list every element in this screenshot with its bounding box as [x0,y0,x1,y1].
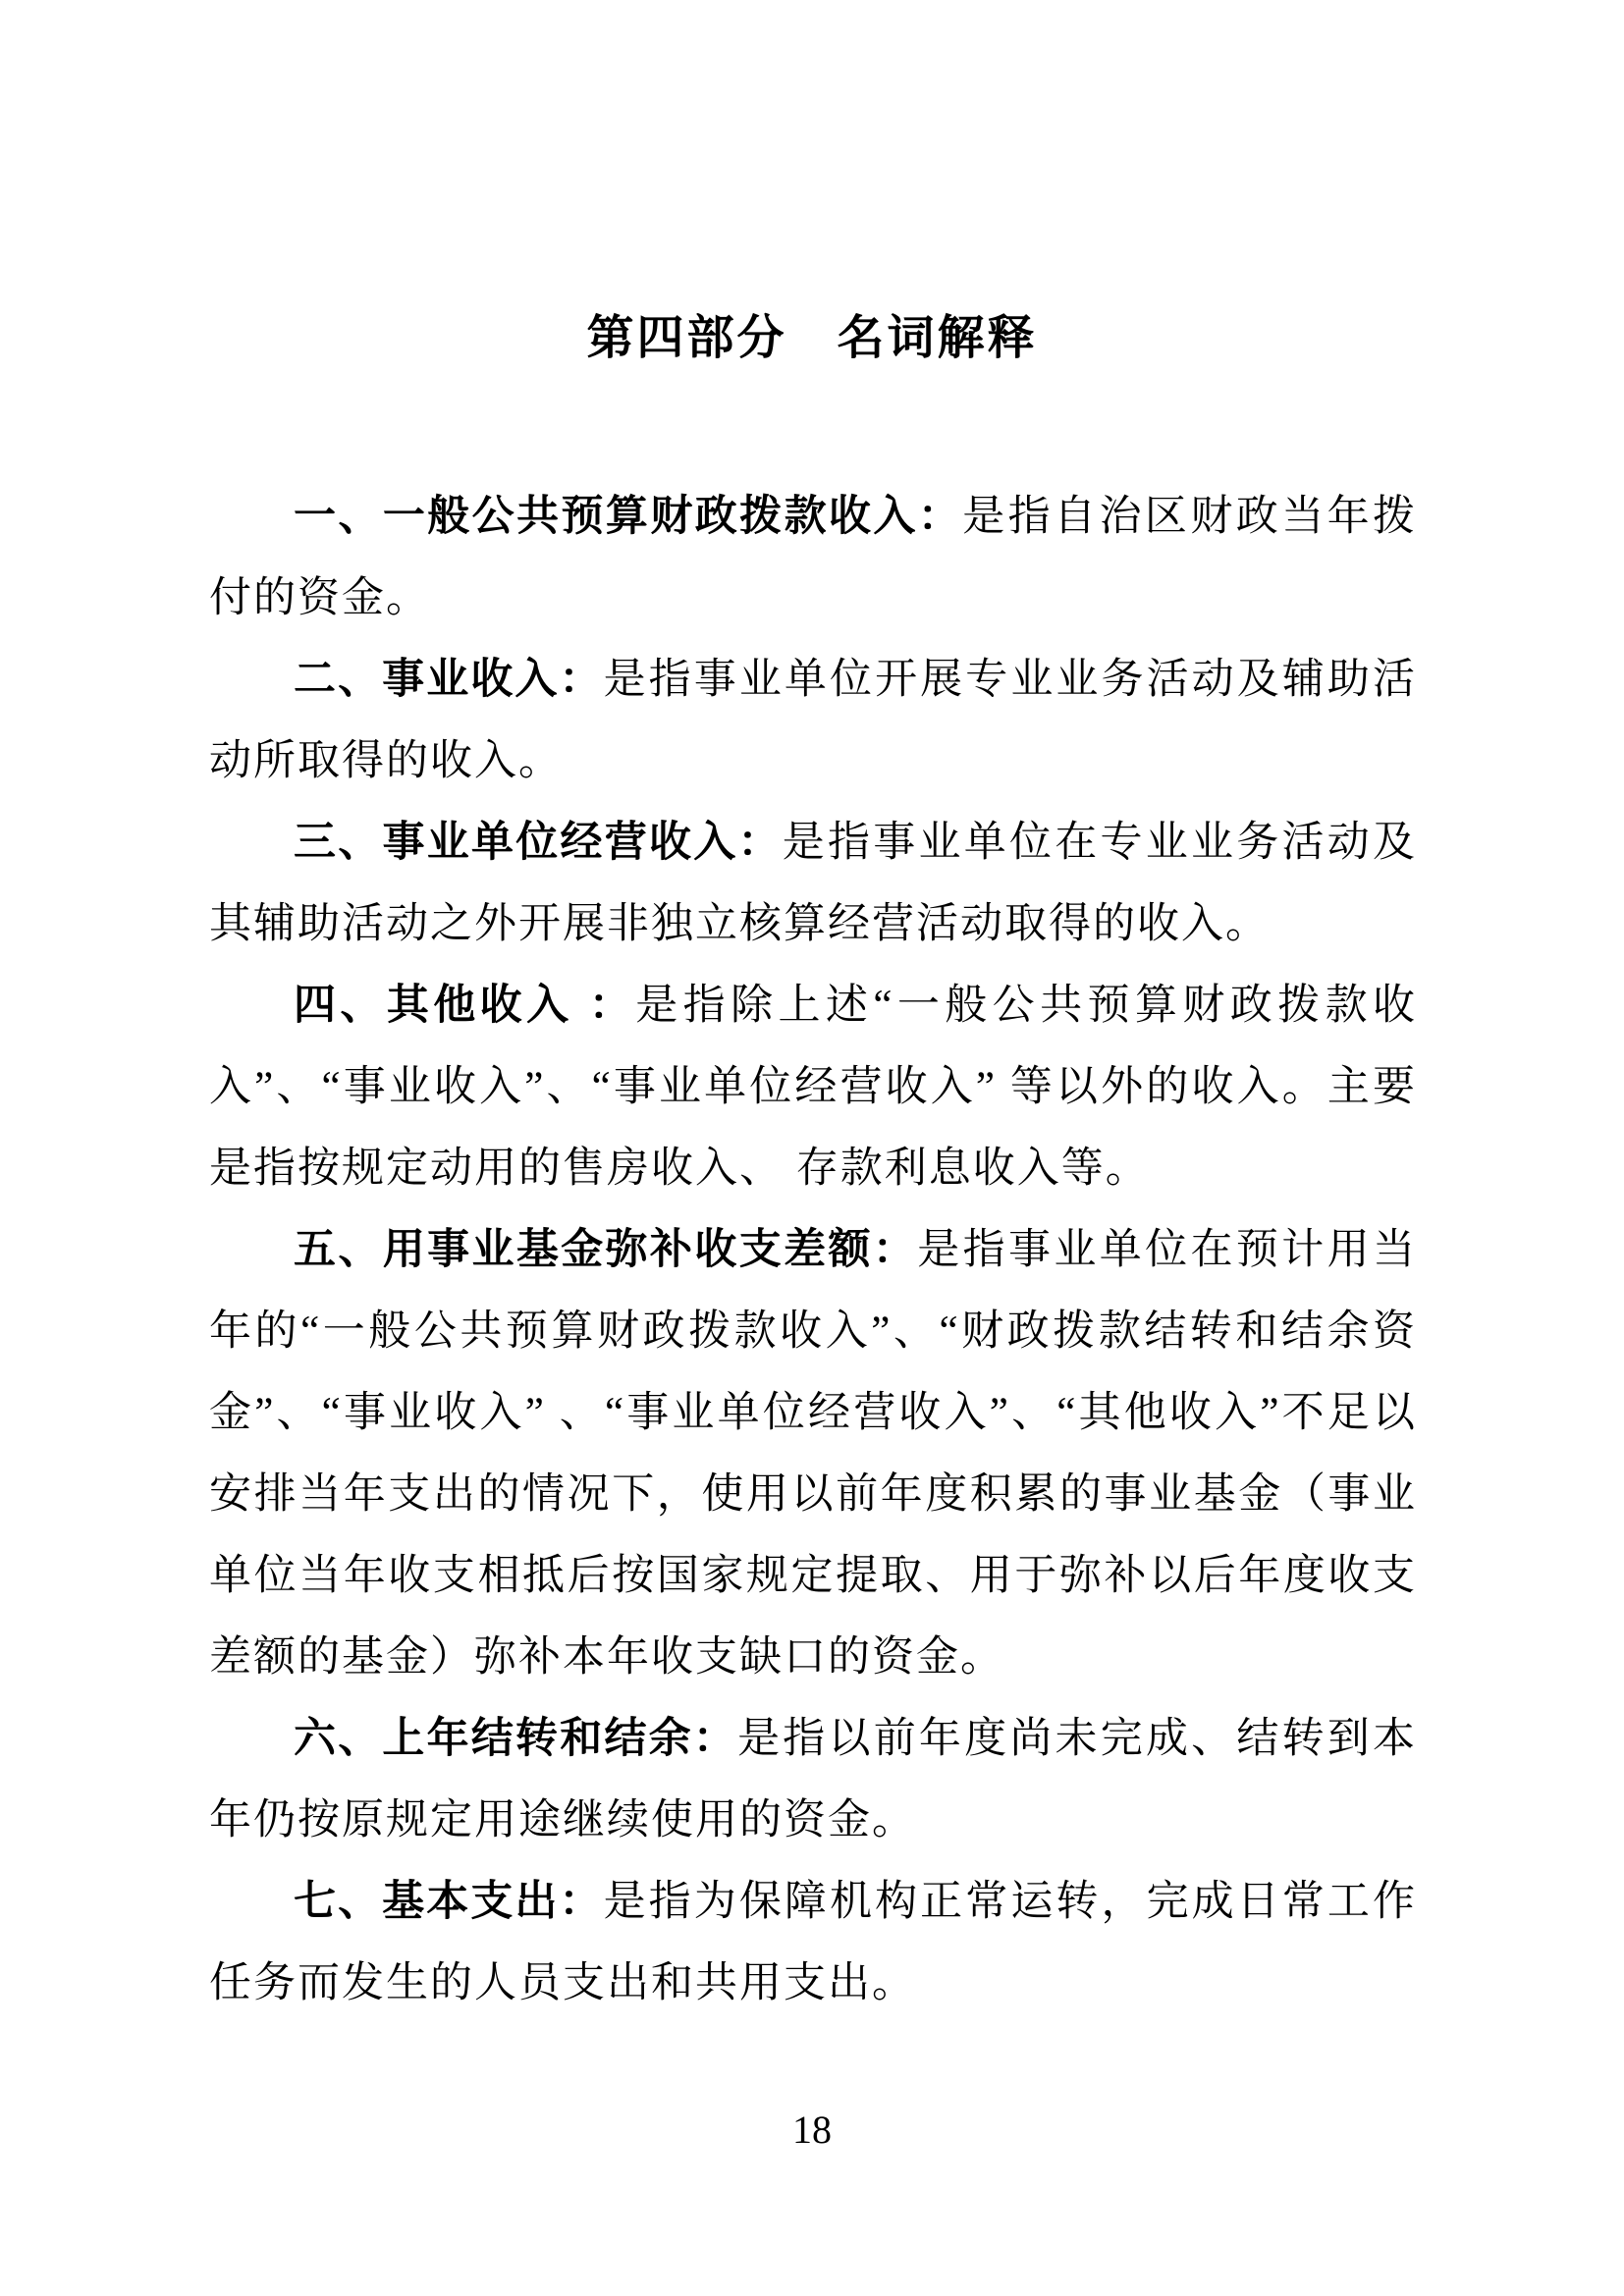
page-title: 第四部分 名词解释 [0,308,1624,369]
paragraph: 七、基本支出：是指为保障机构正常运转，完成日常工作任务而发生的人员支出和共用支出… [209,1861,1417,2024]
term-label: 四、其他收入 ： [294,982,635,1029]
paragraph: 二、事业收入：是指事业单位开展专业业务活动及辅助活动所取得的收入。 [209,639,1417,802]
paragraph: 五、用事业基金弥补收支差额：是指事业单位在预计用当年的“一般公共预算财政拨款收入… [209,1209,1417,1698]
page-number: 18 [0,2107,1624,2154]
paragraph: 三、事业单位经营收入：是指事业单位在专业业务活动及其辅助活动之外开展非独立核算经… [209,802,1417,965]
paragraph: 一、一般公共预算财政拨款收入：是指自治区财政当年拨付的资金。 [209,476,1417,639]
term-label: 六、上年结转和结余： [294,1715,737,1762]
term-label: 二、事业收入： [294,656,604,703]
term-label: 三、事业单位经营收入： [294,819,783,866]
term-label: 七、基本支出： [294,1878,604,1925]
paragraph: 六、上年结转和结余：是指以前年度尚未完成、结转到本年仍按原规定用途继续使用的资金… [209,1698,1417,1861]
document-body: 一、一般公共预算财政拨款收入：是指自治区财政当年拨付的资金。二、事业收入：是指事… [209,476,1417,2024]
document-page: 第四部分 名词解释 一、一般公共预算财政拨款收入：是指自治区财政当年拨付的资金。… [0,0,1624,2296]
term-definition: 是指事业单位在预计用当年的“一般公共预算财政拨款收入”、“财政拨款结转和结余资金… [209,1227,1417,1681]
term-label: 一、一般公共预算财政拨款收入： [294,493,962,540]
paragraph: 四、其他收入 ：是指除上述“一般公共预算财政拨款收入”、“事业收入”、“事业单位… [209,965,1417,1209]
term-label: 五、用事业基金弥补收支差额： [294,1226,917,1273]
